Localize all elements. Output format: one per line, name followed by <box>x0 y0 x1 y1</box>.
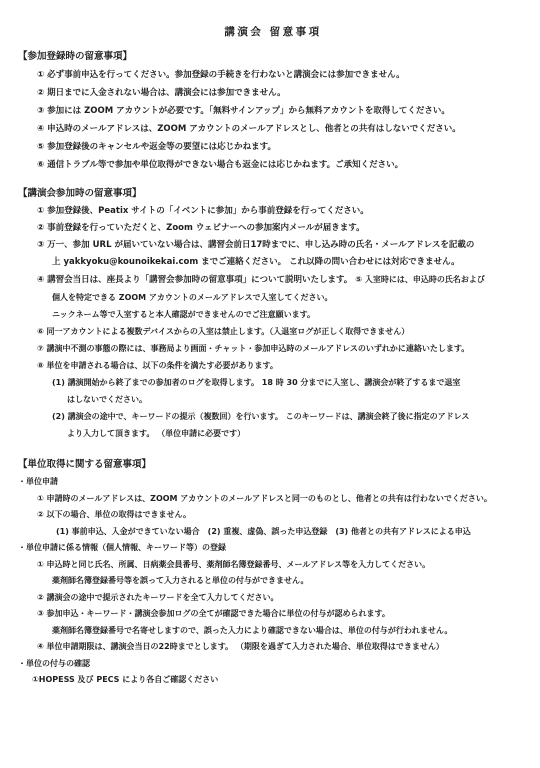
notice-line: ④ 申込時のメールアドレスは、ZOOM アカウントのメールアドレスとし、他者との… <box>37 120 528 138</box>
notice-line-contact-email: 上 yakkyoku@kounoikekai.com までご連絡ください。 これ… <box>52 254 528 271</box>
section-attendance-notes: 【講演会参加時の留意事項】 ① 参加登録後、Peatix サイトの「イベントに参… <box>18 184 528 442</box>
bullet-line: ・単位申請 <box>18 474 528 491</box>
notice-line: ① 必ず事前申込を行ってください。参加登録の手続きを行わないと講演会には参加でき… <box>37 66 528 84</box>
section-registration-notes: 【参加登録時の留意事項】 ① 必ず事前申込を行ってください。参加登録の手続きを行… <box>18 47 528 174</box>
notice-line: ② 期日までに入金されない場合は、講演会には参加できません。 <box>37 84 528 102</box>
document-page: 講演会 留意事項 【参加登録時の留意事項】 ① 必ず事前申込を行ってください。参… <box>0 0 540 768</box>
section-heading: 【講演会参加時の留意事項】 <box>18 184 528 203</box>
notice-subline: はしないでください。 <box>67 391 528 408</box>
notice-line: ③ 参加には ZOOM アカウントが必要です。「無料サインアップ」から無料アカウ… <box>37 102 528 120</box>
notice-line: ① 参加登録後、Peatix サイトの「イベントに参加」から事前登録を行ってくだ… <box>37 203 528 220</box>
notice-line: ② 事前登録を行っていただくと、Zoom ウェビナーへの参加案内メールが届きます… <box>37 220 528 237</box>
notice-line: ③ 万一、参加 URL が届いていない場合は、講習会前日17時までに、申し込み時… <box>37 237 528 254</box>
notice-subline: より入力して頂きます。 （単位申請に必要です） <box>67 425 528 442</box>
document-title: 講演会 留意事項 <box>18 25 528 39</box>
notice-line: ② 以下の場合、単位の取得はできません。 <box>37 507 528 524</box>
notice-line: 薬剤師名簿登録番号等を誤って入力されると単位の付与ができません。 <box>52 573 528 590</box>
notice-line: ① 申込時と同じ氏名、所属、日病薬会員番号、薬剤師名簿登録番号、メールアドレス等… <box>37 557 528 574</box>
notice-line-main: ④ 講習会当日は、座長より「講習会参加時の留意事項」について説明いたします。 <box>37 275 352 285</box>
notice-line: ⑤ 参加登録後のキャンセルや返金等の要望には応じかねます。 <box>37 138 528 156</box>
notice-subline: (1) 事前申込、入金ができていない場合 (2) 重複、虚偽、誤った申込登録 (… <box>56 524 528 541</box>
notice-line: ④ 講習会当日は、座長より「講習会参加時の留意事項」について説明いたします。 ⑤… <box>37 271 528 289</box>
notice-line: ③ 参加申込・キーワード・講演会参加ログの全てが確認できた場合に単位の付与が認め… <box>37 606 528 623</box>
notice-subline: (1) 講演開始から終了までの参加者のログを取得します。 18 時 30 分まで… <box>52 374 528 391</box>
notice-line: 薬剤師名簿登録番号で名寄せしますので、誤った入力により確認できない場合は、単位の… <box>52 623 528 640</box>
notice-line: ⑧ 単位を申請される場合は、以下の条件を満たす必要があります。 <box>37 357 528 374</box>
notice-line: ⑥ 通信トラブル等で参加や単位取得ができない場合も返金には応じかねます。ご承知く… <box>37 156 528 174</box>
notice-line: ④ 単位申請期限は、講演会当日の22時までとします。 （期限を過ぎて入力された場… <box>37 639 528 656</box>
notice-line: ニックネーム等で入室すると本人確認ができませんのでご注意願います。 <box>52 306 528 323</box>
notice-line: ① 申請時のメールアドレスは、ZOOM アカウントのメールアドレスと同一のものと… <box>37 491 528 508</box>
notice-subline: (2) 講演会の途中で、キーワードの提示（複数回）を行います。 このキーワードは… <box>52 408 528 425</box>
bullet-line: ・単位の付与の確認 <box>18 656 528 673</box>
notice-line: ② 講演会の途中で提示されたキーワードを全て入力してください。 <box>37 590 528 607</box>
notice-line: 個人を特定できる ZOOM アカウントのメールアドレスで入室してください。 <box>52 289 528 306</box>
bullet-line: ・単位申請に係る情報（個人情報、キーワード等）の登録 <box>18 540 528 557</box>
section-heading: 【参加登録時の留意事項】 <box>18 47 528 66</box>
notice-line: ⑦ 講演中不測の事態の際には、事務局より画面・チャット・参加申込時のメールアドレ… <box>37 340 528 357</box>
notice-line: ①HOPESS 及び PECS により各自ご確認ください <box>32 672 528 689</box>
section-heading: 【単位取得に関する留意事項】 <box>18 455 528 474</box>
notice-line-inline-note: ⑤ 入室時には、申込時の氏名および <box>355 275 485 284</box>
section-credit-notes: 【単位取得に関する留意事項】 ・単位申請 ① 申請時のメールアドレスは、ZOOM… <box>18 455 528 689</box>
notice-line: ⑥ 同一アカウントによる複数デバイスからの入室は禁止します。（入退室ログが正しく… <box>37 323 528 340</box>
